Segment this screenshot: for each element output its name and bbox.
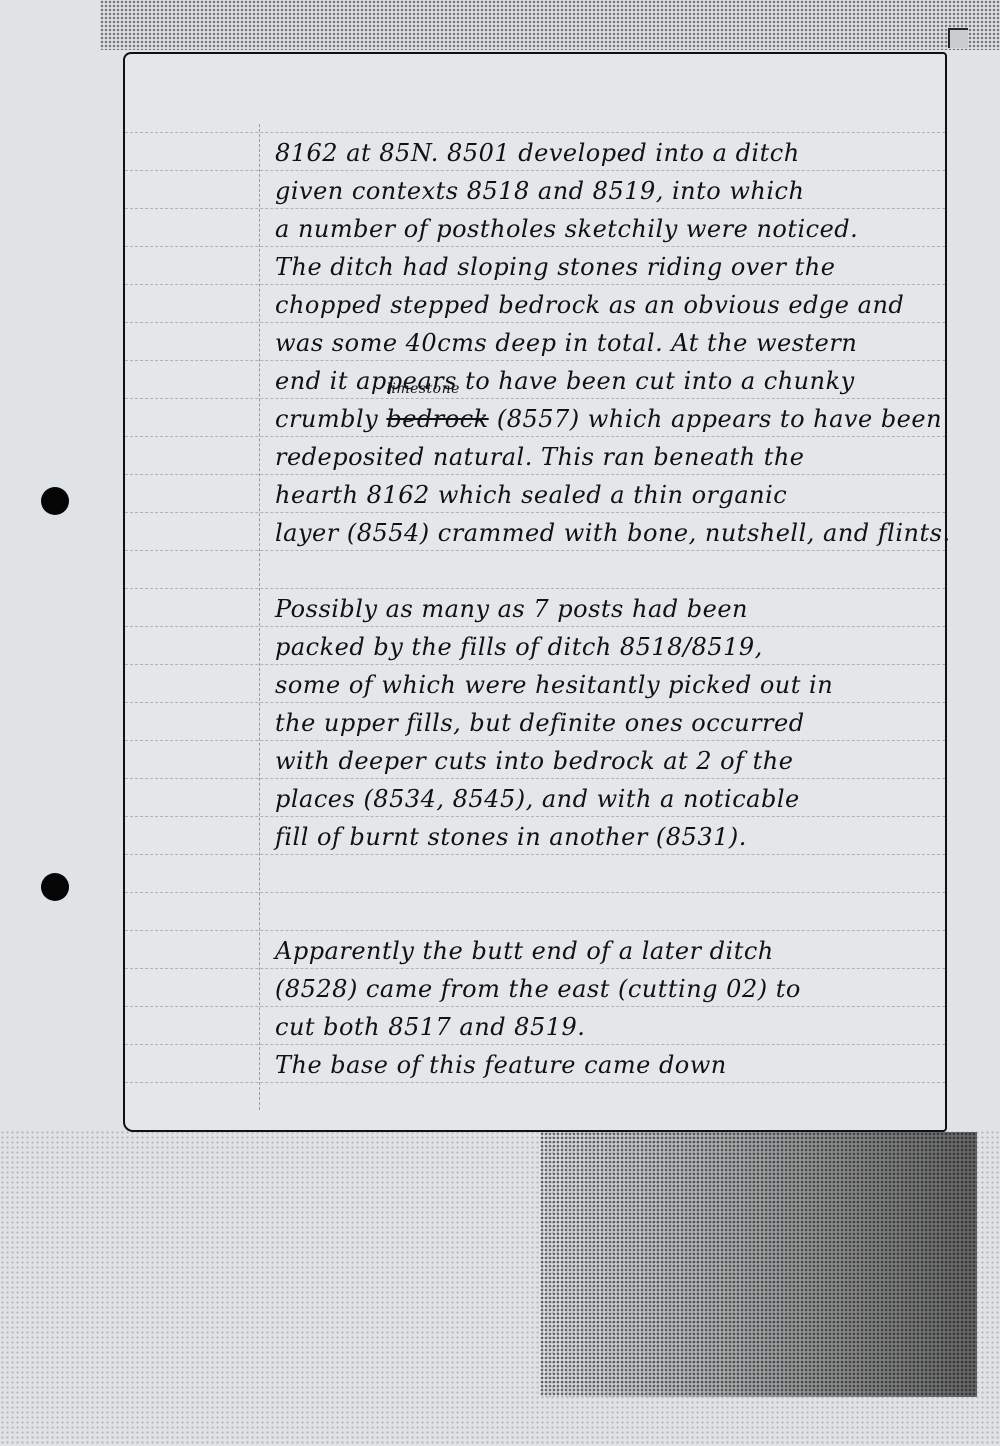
paragraph-1: 8162 at 85N. 8501 developed into a ditch… (275, 134, 945, 552)
paragraph-gap (275, 856, 945, 894)
paragraph-gap (275, 552, 945, 590)
page-corner-tab (948, 28, 968, 48)
text-fragment: crumbly (275, 405, 386, 433)
correction: limestonebedrock (386, 400, 488, 438)
text-line: a number of postholes sketchily were not… (275, 210, 945, 248)
text-line-with-correction: crumbly limestonebedrock (8557) which ap… (275, 400, 945, 438)
scan-shadow (540, 1132, 977, 1397)
paragraph-gap (275, 894, 945, 932)
text-line: cut both 8517 and 8519. (275, 1008, 945, 1046)
paragraph-3: Apparently the butt end of a later ditch… (275, 932, 945, 1084)
text-line: The ditch had sloping stones riding over… (275, 248, 945, 286)
text-line: The base of this feature came down (275, 1046, 945, 1084)
scan-halftone-top (100, 0, 1000, 50)
text-line: fill of burnt stones in another (8531). (275, 818, 945, 856)
text-line: some of which were hesitantly picked out… (275, 666, 945, 704)
margin-line (259, 124, 260, 1110)
punch-hole-upper (41, 487, 69, 515)
text-line: was some 40cms deep in total. At the wes… (275, 324, 945, 362)
punch-hole-lower (41, 873, 69, 901)
text-line: packed by the fills of ditch 8518/8519, (275, 628, 945, 666)
text-line: Apparently the butt end of a later ditch (275, 932, 945, 970)
text-line: with deeper cuts into bedrock at 2 of th… (275, 742, 945, 780)
text-line: hearth 8162 which sealed a thin organic (275, 476, 945, 514)
text-line: given contexts 8518 and 8519, into which (275, 172, 945, 210)
text-line: 8162 at 85N. 8501 developed into a ditch (275, 134, 945, 172)
ruled-line (125, 132, 945, 133)
text-line: end it appears to have been cut into a c… (275, 362, 945, 400)
text-line: the upper fills, but definite ones occur… (275, 704, 945, 742)
text-line: redeposited natural. This ran beneath th… (275, 438, 945, 476)
text-line: chopped stepped bedrock as an obvious ed… (275, 286, 945, 324)
text-fragment: (8557) which appears to have been (489, 405, 942, 433)
text-line: places (8534, 8545), and with a noticabl… (275, 780, 945, 818)
notebook-page: 8162 at 85N. 8501 developed into a ditch… (123, 52, 947, 1132)
handwritten-text: 8162 at 85N. 8501 developed into a ditch… (275, 134, 945, 1084)
struck-word: bedrock (386, 405, 488, 433)
inserted-word: limestone (386, 382, 460, 396)
text-line: Possibly as many as 7 posts had been (275, 590, 945, 628)
text-line: (8528) came from the east (cutting 02) t… (275, 970, 945, 1008)
text-line: layer (8554) crammed with bone, nutshell… (275, 514, 945, 552)
paragraph-2: Possibly as many as 7 posts had been pac… (275, 590, 945, 856)
